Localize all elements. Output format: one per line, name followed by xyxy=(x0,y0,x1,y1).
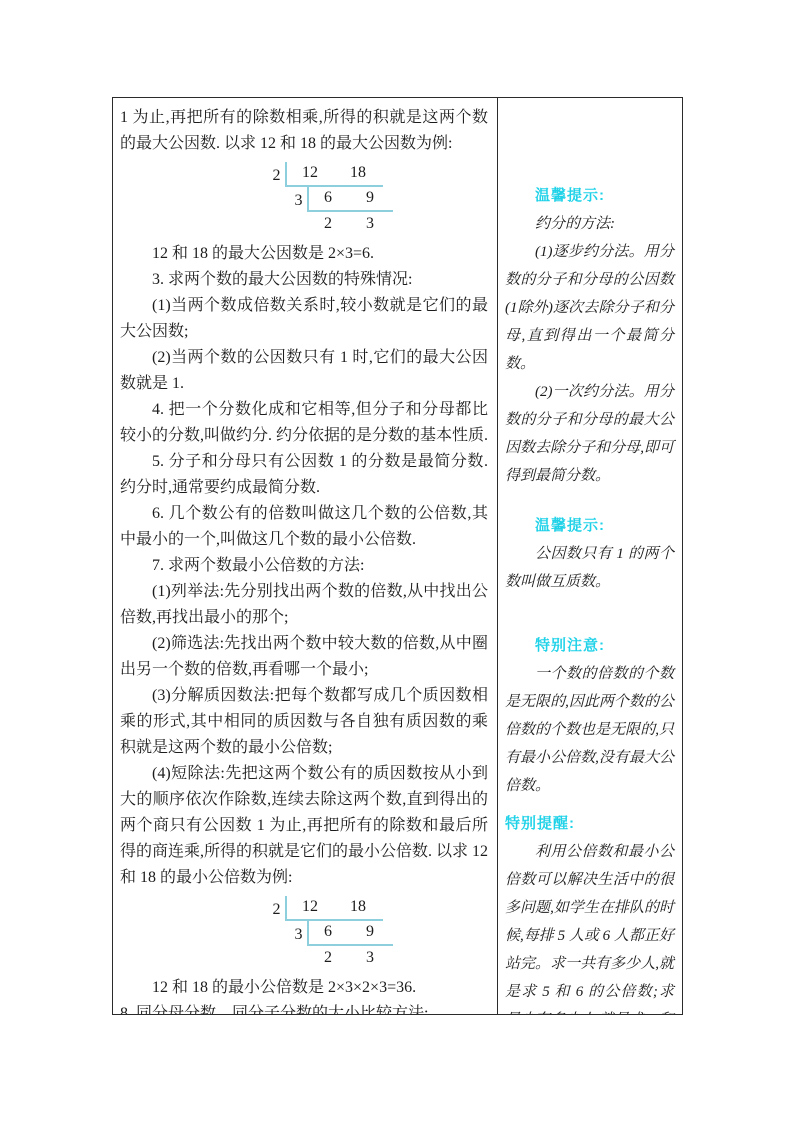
tip-heading: 特别注意: xyxy=(505,632,674,660)
page: { "accent_colors": { "tip_heading": "#1f… xyxy=(0,0,793,1122)
content-table: 1 为止,再把所有的除数相乘,所得的积就是这两个数的最大公因数. 以求 12 和… xyxy=(112,97,683,1015)
lcm-result: 12 和 18 的最小公倍数是 2×3×2×3=36. xyxy=(120,975,488,1001)
tip-paragraph: 利用公倍数和最小公倍数可以解决生活中的很多问题,如学生在排队的时候,每排 5 人… xyxy=(505,838,674,1015)
point-7: 7. 求两个数最小公倍数的方法: xyxy=(120,553,488,579)
dividend-value: 12 xyxy=(287,896,333,918)
dividend-value: 9 xyxy=(347,187,393,209)
point-6: 6. 几个数公有的倍数叫做这几个数的公倍数,其中最小的一个,叫做这几个数的最小公… xyxy=(120,501,488,553)
main-column: 1 为止,再把所有的除数相乘,所得的积就是这两个数的最大公因数. 以求 12 和… xyxy=(113,98,498,1014)
sidebar-column: 温馨提示: 约分的方法: (1)逐步约分法。用分数的分子和分母的公因数(1除外)… xyxy=(498,98,682,1014)
gcd-result: 12 和 18 的最大公因数是 2×3=6. xyxy=(120,241,488,267)
division-row-1: 2 12 18 xyxy=(268,162,488,187)
quotient-value: 2 xyxy=(309,212,347,236)
divisor-value: 2 xyxy=(268,898,285,921)
dividend-value: 9 xyxy=(347,921,393,943)
tip-heading: 特别提醒: xyxy=(505,810,674,838)
tip-block-special-reminder: 特别提醒: 利用公倍数和最小公倍数可以解决生活中的很多问题,如学生在排队的时候,… xyxy=(505,810,674,1015)
short-division-gcd: 2 12 18 3 6 9 2 3 xyxy=(268,162,488,236)
point-7-2: (2)筛选法:先找出两个数中较大数的倍数,从中圈出另一个数的倍数,再看哪一个最小… xyxy=(120,631,488,683)
division-row-1: 2 12 18 xyxy=(268,896,488,921)
dividend-value: 6 xyxy=(309,187,347,209)
tip-block-warm-tip-2: 温馨提示: 公因数只有 1 的两个数叫做互质数。 xyxy=(505,512,674,596)
point-5: 5. 分子和分母只有公因数 1 的分数是最简分数. 约分时,通常要约成最简分数. xyxy=(120,449,488,501)
dividend-value: 18 xyxy=(333,162,383,184)
tip-paragraph: 约分的方法: xyxy=(505,210,674,238)
tip-heading: 温馨提示: xyxy=(505,182,674,210)
tip-heading: 温馨提示: xyxy=(505,512,674,540)
divisor-value: 3 xyxy=(290,923,307,946)
point-8: 8. 同分母分数、同分子分数的大小比较方法: xyxy=(120,1001,488,1015)
quotient-value: 3 xyxy=(347,212,393,236)
tip-paragraph: (2)一次约分法。用分数的分子和分母的最大公因数去除分子和分母,即可得到最简分数… xyxy=(505,378,674,490)
point-3: 3. 求两个数的最大公因数的特殊情况: xyxy=(120,267,488,293)
division-row-2: 3 6 9 xyxy=(290,187,488,212)
point-7-3: (3)分解质因数法:把每个数都写成几个质因数相乘的形式,其中相同的质因数与各自独… xyxy=(120,683,488,761)
tip-block-warm-tip-1: 温馨提示: 约分的方法: (1)逐步约分法。用分数的分子和分母的公因数(1除外)… xyxy=(505,182,674,490)
intro-paragraph: 1 为止,再把所有的除数相乘,所得的积就是这两个数的最大公因数. 以求 12 和… xyxy=(120,105,488,157)
divisor-value: 2 xyxy=(268,164,285,187)
division-quotient-row: 2 3 xyxy=(309,212,488,236)
point-7-1: (1)列举法:先分别找出两个数的倍数,从中找出公倍数,再找出最小的那个; xyxy=(120,579,488,631)
short-division-lcm: 2 12 18 3 6 9 2 3 xyxy=(268,896,488,970)
tip-paragraph: 公因数只有 1 的两个数叫做互质数。 xyxy=(505,540,674,596)
dividend-value: 18 xyxy=(333,896,383,918)
tip-paragraph: (1)逐步约分法。用分数的分子和分母的公因数(1除外)逐次去除分子和分母,直到得… xyxy=(505,238,674,378)
point-3-1: (1)当两个数成倍数关系时,较小数就是它们的最大公因数; xyxy=(120,293,488,345)
tip-block-special-attention: 特别注意: 一个数的倍数的个数是无限的,因此两个数的公倍数的个数也是无限的,只有… xyxy=(505,632,674,800)
dividend-value: 6 xyxy=(309,921,347,943)
quotient-value: 3 xyxy=(347,946,393,970)
tip-paragraph: 一个数的倍数的个数是无限的,因此两个数的公倍数的个数也是无限的,只有最小公倍数,… xyxy=(505,660,674,800)
point-7-4: (4)短除法:先把这两个数公有的质因数按从小到大的顺序依次作除数,连续去除这两个… xyxy=(120,761,488,891)
divisor-value: 3 xyxy=(290,189,307,212)
dividend-value: 12 xyxy=(287,162,333,184)
quotient-value: 2 xyxy=(309,946,347,970)
division-row-2: 3 6 9 xyxy=(290,921,488,946)
point-3-2: (2)当两个数的公因数只有 1 时,它们的最大公因数就是 1. xyxy=(120,345,488,397)
division-quotient-row: 2 3 xyxy=(309,946,488,970)
point-4: 4. 把一个分数化成和它相等,但分子和分母都比较小的分数,叫做约分. 约分依据的… xyxy=(120,397,488,449)
